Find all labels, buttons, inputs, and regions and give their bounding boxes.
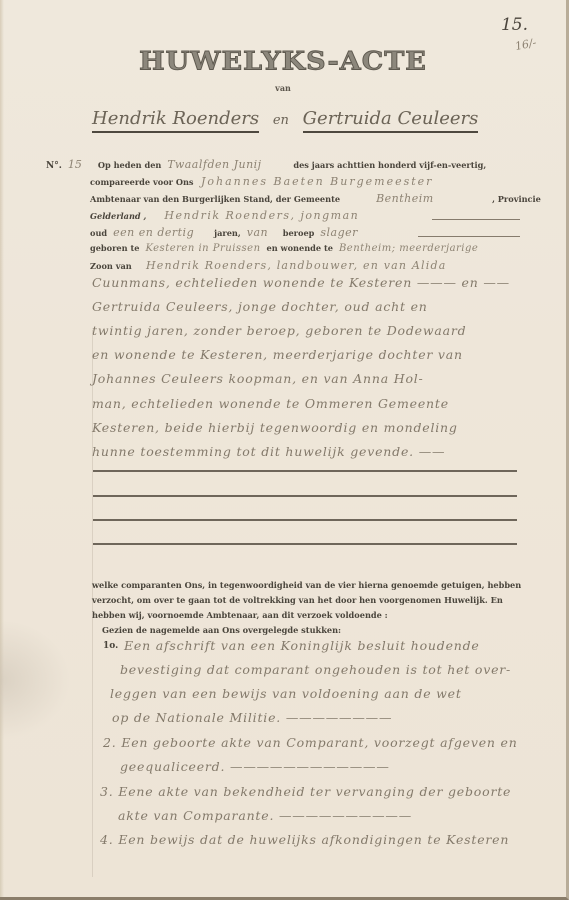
hand-line-7: Kesteren, beide hierbij tegenwoordig en …: [92, 420, 458, 435]
printed-para-1: welke comparanten Ons, in tegenwoordighe…: [92, 580, 521, 590]
doc-1-num: 1o.: [103, 641, 118, 651]
hand-line-5: Johannes Ceuleers koopman, en van Anna H…: [92, 371, 424, 386]
doc-2-line-1: 2. Een geboorte akte van Comparant, voor…: [103, 735, 518, 750]
doc-3-line-1: 3. Eene akte van bekendheid ter vervangi…: [100, 784, 511, 799]
hand-official: Johannes Baeten Burgemeester: [201, 175, 433, 188]
act-line-7: Zoon van Hendrik Roenders, landbouwer, e…: [90, 259, 446, 272]
bride-name: Gertruida Ceuleers: [303, 108, 479, 133]
hand-residence: Bentheim; meerderjarige: [339, 243, 478, 254]
page-shadow: [0, 620, 70, 740]
doc-3-line-2: akte van Comparante. ——————————: [118, 808, 412, 823]
act-number-label: N°.: [46, 161, 62, 171]
printed-para-3: hebben wij, voornoemde Ambtenaar, aan di…: [92, 610, 388, 620]
act-line-6: geboren te Kesteren in Pruissen en wonen…: [90, 243, 478, 254]
hand-line-8: hunne toestemming tot dit huwelijk geven…: [92, 444, 445, 459]
act-line-2: compareerde voor Ons Johannes Baeten Bur…: [90, 175, 433, 188]
hand-line-6: man, echtelieden wonende te Ommeren Geme…: [92, 396, 449, 411]
blank-rule-2: [93, 495, 517, 497]
act-number-value: 15: [68, 158, 82, 171]
doc-1-line-2: bevestiging dat comparant ongehouden is …: [120, 662, 511, 677]
printed-op-heden: Op heden den: [98, 160, 162, 170]
printed-geboren: geboren te: [90, 243, 139, 253]
act-line-5: oud een en dertig jaren, van beroep slag…: [90, 226, 358, 239]
printed-para-4: Gezien de nagemelde aan Ons overgelegde …: [102, 625, 341, 635]
hand-line-1: Cuunmans, echtelieden wonende te Kestere…: [92, 275, 510, 290]
blank-rule-3: [93, 519, 517, 521]
doc-4-line-1: 4. Een bewijs dat de huwelijks afkondigi…: [100, 832, 509, 847]
printed-wonende: en wonende te: [267, 243, 333, 253]
printed-beroep: beroep: [283, 228, 315, 238]
doc-2-text: Een geboorte akte van Comparant, voorzeg…: [121, 735, 517, 750]
doc-4-num: 4.: [100, 832, 114, 847]
document-title: HUWELYKS-ACTE: [0, 47, 566, 76]
printed-ambtenaar: Ambtenaar van den Burgerlijken Stand, de…: [90, 194, 340, 204]
hand-gemeente: Bentheim: [376, 192, 486, 205]
hand-line-2: Gertruida Ceuleers, jonge dochter, oud a…: [92, 299, 428, 314]
hand-birthplace: Kesteren in Pruissen: [145, 243, 260, 254]
document-page: 15. 16/- HUWELYKS-ACTE van Hendrik Roend…: [0, 0, 569, 900]
printed-jaren: jaren,: [214, 228, 241, 238]
doc-3-num: 3.: [100, 784, 114, 799]
hand-beroep: slager: [320, 226, 358, 239]
doc-3-text: Eene akte van bekendheid ter vervanging …: [118, 784, 511, 799]
doc-1-line-4: op de Nationale Militie. ————————: [112, 710, 392, 725]
couple-names: Hendrik Roenders en Gertruida Ceuleers: [92, 108, 562, 129]
hand-line-4: en wonende te Kesteren, meerderjarige do…: [92, 347, 463, 362]
printed-provincie: , Provincie: [492, 194, 541, 204]
act-line-3: Ambtenaar van den Burgerlijken Stand, de…: [90, 192, 541, 205]
printed-gelderland: Gelderland ,: [90, 211, 146, 221]
printed-oud: oud: [90, 228, 107, 238]
doc-1-line-1: Een afschrift van een Koninglijk besluit…: [124, 638, 480, 653]
printed-compareerde: compareerde voor Ons: [90, 177, 195, 187]
printed-para-2: verzocht, om over te gaan tot de voltrek…: [92, 595, 503, 605]
fill-rule: [418, 236, 520, 237]
hand-groom-status: Hendrik Roenders, jongman: [164, 209, 359, 222]
hand-age: een en dertig: [113, 226, 208, 239]
hand-line-3: twintig jaren, zonder beroep, geboren te…: [92, 323, 466, 338]
groom-name: Hendrik Roenders: [92, 108, 259, 133]
doc-2-num: 2.: [103, 735, 117, 750]
doc-1-line-3: leggen van een bewijs van voldoening aan…: [110, 686, 462, 701]
blank-rule-1: [93, 470, 517, 472]
hand-parents: Hendrik Roenders, landbouwer, en van Ali…: [146, 259, 446, 272]
title-van: van: [0, 83, 566, 93]
doc-2-line-2: geequaliceerd. ————————————: [120, 759, 390, 774]
printed-year: des jaars achttien honderd vijf-en-veert…: [293, 160, 486, 170]
fill-rule: [432, 219, 520, 220]
hand-van: van: [247, 226, 277, 239]
act-line-4: Gelderland , Hendrik Roenders, jongman: [90, 209, 359, 222]
hand-date: Twaalfden Junij: [167, 158, 287, 171]
printed-zoon-van: Zoon van: [90, 261, 140, 271]
folio-number: 15.: [501, 15, 528, 35]
doc-4-text: Een bewijs dat de huwelijks afkondiginge…: [118, 832, 509, 847]
names-en: en: [273, 113, 289, 128]
blank-rule-4: [93, 543, 517, 545]
act-line-1: N°. 15 Op heden den Twaalfden Junij des …: [46, 158, 486, 171]
